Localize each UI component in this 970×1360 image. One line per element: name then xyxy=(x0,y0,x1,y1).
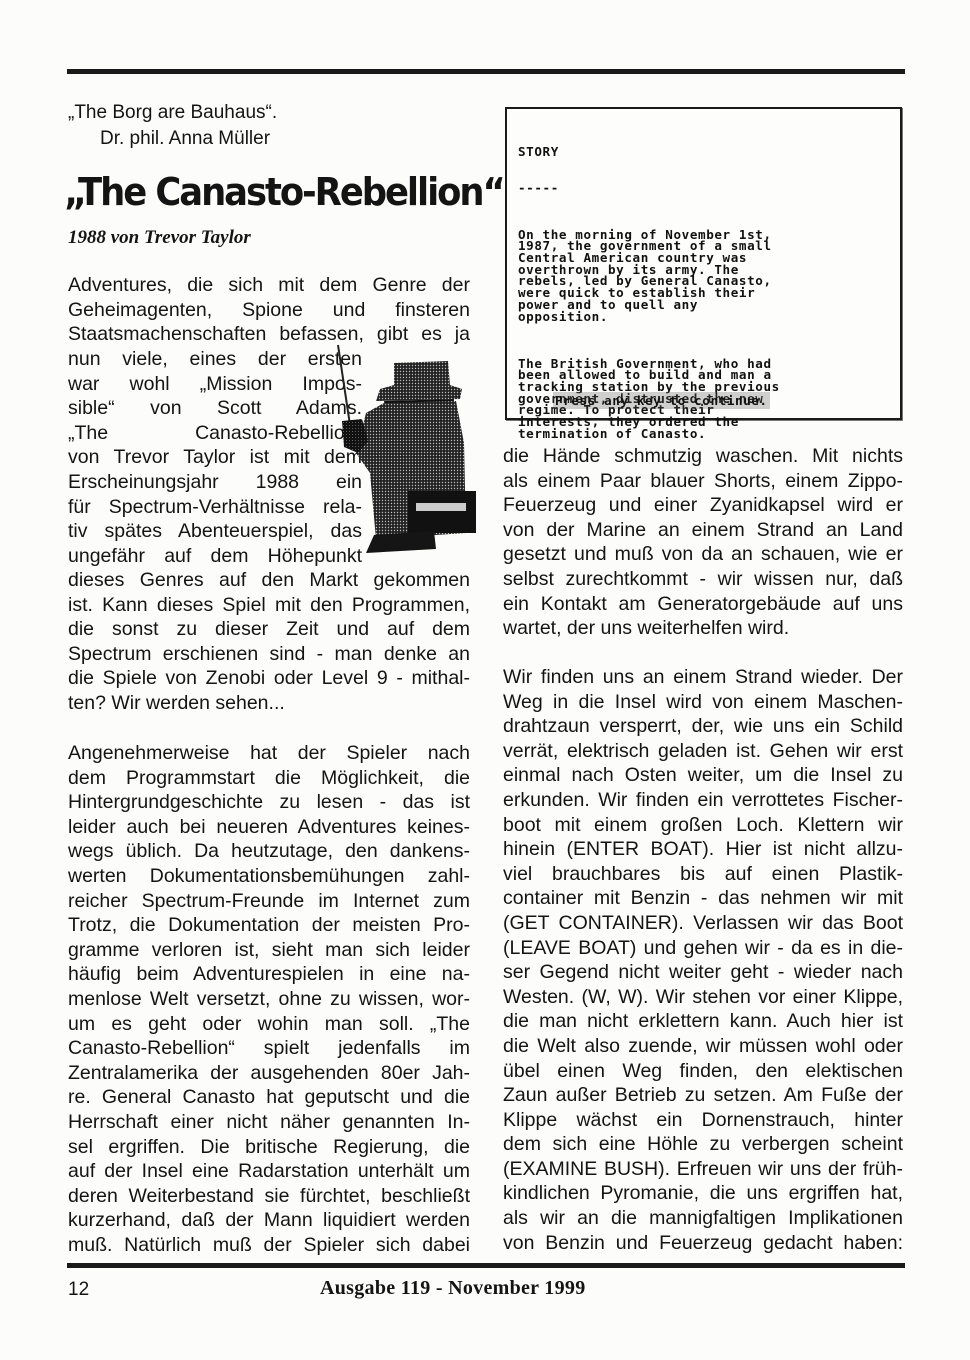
paragraph-background-story: Angenehmerweise hat der Spieler nach dem… xyxy=(68,741,470,1257)
text-line: Weg in die Insel wird von einem Maschen- xyxy=(503,690,903,715)
text-line: container mit Benzin - das nehmen wir mi… xyxy=(503,886,903,911)
text-line: Westen. (W, W). Wir stehen vor einer Kli… xyxy=(503,985,903,1010)
game-screenshot-story: STORY ----- On the morning of November 1… xyxy=(505,107,902,420)
text-line: kindlichen Pyromanie, die uns ergriffen … xyxy=(503,1181,903,1206)
text-line: übel einen Weg finden, den elektischen xyxy=(503,1059,903,1084)
text-line: Zentralamerika der ausgehenden 80er Jah- xyxy=(68,1061,470,1086)
spy-illustration xyxy=(336,343,476,558)
article-byline: 1988 von Trevor Taylor xyxy=(68,227,251,249)
text-line: Feuerzeug und einer Zyanidkapsel wird er xyxy=(503,493,903,518)
text-line: Erscheinungsjahr 1988 ein xyxy=(68,470,362,495)
paragraph-intro-continued: dieses Genres auf den Markt gekommen ist… xyxy=(68,568,470,716)
text-line: die Welt also zuende, wir müssen wohl od… xyxy=(503,1034,903,1059)
text-line: von Benzin und Feuerzeug gedacht haben: xyxy=(503,1231,903,1256)
text-line: selbst zurechtkommt - wir wissen nur, da… xyxy=(503,567,903,592)
issue-label: Ausgabe 119 - November 1999 xyxy=(320,1277,586,1300)
text-line: Zaun außer Betrieb zu setzen. Am Fuße de… xyxy=(503,1083,903,1108)
text-line: wegs üblich. Da heutzutage, den dankens- xyxy=(68,839,470,864)
motto-author: Dr. phil. Anna Müller xyxy=(68,126,277,152)
text-line: Klippe wächst ein Dornenstrauch, hinter xyxy=(503,1108,903,1133)
text-line: hinein (ENTER BOAT). Hier ist nicht allz… xyxy=(503,837,903,862)
text-line: einmal nach Osten weiter, um die Insel z… xyxy=(503,763,903,788)
page-number: 12 xyxy=(68,1279,89,1301)
text-line: ser Gegend nicht weiter geht - wieder na… xyxy=(503,960,903,985)
text-line: (LEAVE BOAT) und gehen wir - da es in di… xyxy=(503,936,903,961)
text-line: leider auch bei neueren Adventures keine… xyxy=(68,815,470,840)
text-line: war wohl „Mission Impos- xyxy=(68,372,362,397)
header-rule xyxy=(67,69,905,74)
paragraph-walkthrough: Wir finden uns an einem Strand wieder. D… xyxy=(503,665,903,1255)
paragraph-mission: die Hände schmutzig waschen. Mit nichts … xyxy=(503,444,903,641)
story-text: STORY ----- On the morning of November 1… xyxy=(518,123,780,475)
text-line: menlose Welt versetzt, ohne zu wissen, w… xyxy=(68,987,470,1012)
text-line: re. General Canasto hat geputscht und di… xyxy=(68,1085,470,1110)
text-line: Spectrum erschienen sind - man denke an xyxy=(68,642,470,667)
text-line: die man nicht erklettern kann. Auch hier… xyxy=(503,1009,903,1034)
text-line: muß. Natürlich muß der Spieler sich dabe… xyxy=(68,1233,470,1258)
article-title: „The Canasto-Rebellion“ xyxy=(64,170,504,214)
text-line: ungefähr auf dem Höhepunkt xyxy=(68,544,362,569)
text-line: Adventures, die sich mit dem Genre der xyxy=(68,273,470,298)
motto: „The Borg are Bauhaus“. Dr. phil. Anna M… xyxy=(68,100,277,152)
text-line: die Spiele von Zenobi oder Level 9 - mit… xyxy=(68,666,470,691)
text-line: sel ergriffen. Die britische Regierung, … xyxy=(68,1135,470,1160)
paragraph-intro: Adventures, die sich mit dem Genre der G… xyxy=(68,273,470,347)
text-line: für Spectrum-Verhältnisse rela- xyxy=(68,495,362,520)
text-line: boot mit einem großen Loch. Klettern wir xyxy=(503,813,903,838)
text-line: gramme verloren ist, sieht man sich leid… xyxy=(68,938,470,963)
text-line: verrät, elektrisch geladen ist. Gehen wi… xyxy=(503,739,903,764)
text-line: die Hände schmutzig waschen. Mit nichts xyxy=(503,444,903,469)
text-line: (GET CONTAINER). Verlassen wir das Boot xyxy=(503,911,903,936)
text-line: Angenehmerweise hat der Spieler nach xyxy=(68,741,470,766)
text-line: „The Canasto-Rebellion“ xyxy=(68,421,362,446)
text-line: Geheimagenten, Spione und finsteren xyxy=(68,298,470,323)
text-line: von der Marine an einem Strand an Land xyxy=(503,518,903,543)
text-line: ten? Wir werden sehen... xyxy=(68,691,470,716)
text-line: sible“ von Scott Adams. xyxy=(68,396,362,421)
text-line: Herrschaft einer nicht näher genannten I… xyxy=(68,1110,470,1135)
text-line: die sonst zu dieser Zeit und auf dem xyxy=(68,617,470,642)
text-line: auf der Insel eine Radarstation unterhäl… xyxy=(68,1159,470,1184)
text-line: werten Dokumentationsbemühungen zahl- xyxy=(68,864,470,889)
story-paragraph: On the morning of November 1st, 1987, th… xyxy=(518,229,780,323)
text-line: dem sich eine Höhle zu verbergen scheint xyxy=(503,1132,903,1157)
text-line: Wir finden uns an einem Strand wieder. D… xyxy=(503,665,903,690)
story-heading: STORY xyxy=(518,146,780,158)
text-line: um es geht oder wohin man soll. „The xyxy=(68,1012,470,1037)
text-line: wartet, der uns weiterhelfen wird. xyxy=(503,616,903,641)
text-line: von Trevor Taylor ist mit dem xyxy=(68,445,362,470)
text-line: Trotz, die Dokumentation der meisten Pro… xyxy=(68,913,470,938)
text-line: gesetzt und muß von da an schauen, wie e… xyxy=(503,542,903,567)
text-line: nun viele, eines der ersten xyxy=(68,347,362,372)
text-line: drahtzaun versperrt, der, wie uns ein Sc… xyxy=(503,714,903,739)
text-line: dieses Genres auf den Markt gekommen xyxy=(68,568,470,593)
text-line: als wir an die mannigfaltigen Implikatio… xyxy=(503,1206,903,1231)
text-line: Hintergrundgeschichte zu lesen - das ist xyxy=(68,790,470,815)
text-line: ein Kontakt am Generatorgebäude auf uns xyxy=(503,592,903,617)
text-line: ist. Kann dieses Spiel mit den Programme… xyxy=(68,593,470,618)
text-line: (EXAMINE BUSH). Erfreuen wir uns der frü… xyxy=(503,1157,903,1182)
motto-quote: „The Borg are Bauhaus“. xyxy=(68,102,277,123)
paragraph-intro-wrapped: nun viele, eines der ersten war wohl „Mi… xyxy=(68,347,362,568)
text-line: viel brauchbares bis auf einen Plastik- xyxy=(503,862,903,887)
continue-prompt: Press any key to continue. xyxy=(553,392,770,409)
footer-rule xyxy=(67,1263,905,1268)
text-line: erkunden. Wir finden ein verrottetes Fis… xyxy=(503,788,903,813)
text-line: reicher Spectrum-Freunde im Internet zum xyxy=(68,889,470,914)
text-line: kurzerhand, daß der Mann liquidiert werd… xyxy=(68,1208,470,1233)
text-line: Canasto-Rebellion“ spielt jedenfalls im xyxy=(68,1036,470,1061)
story-underline: ----- xyxy=(518,182,780,194)
text-line: dem Programmstart die Möglichkeit, die xyxy=(68,766,470,791)
text-line: deren Weiterbestand sie fürchtet, beschl… xyxy=(68,1184,470,1209)
text-line: häufig beim Adventurespielen in eine na- xyxy=(68,962,470,987)
text-line: tiv spätes Abenteuerspiel, das xyxy=(68,519,362,544)
text-line: als einem Paar blauer Shorts, einem Zipp… xyxy=(503,469,903,494)
